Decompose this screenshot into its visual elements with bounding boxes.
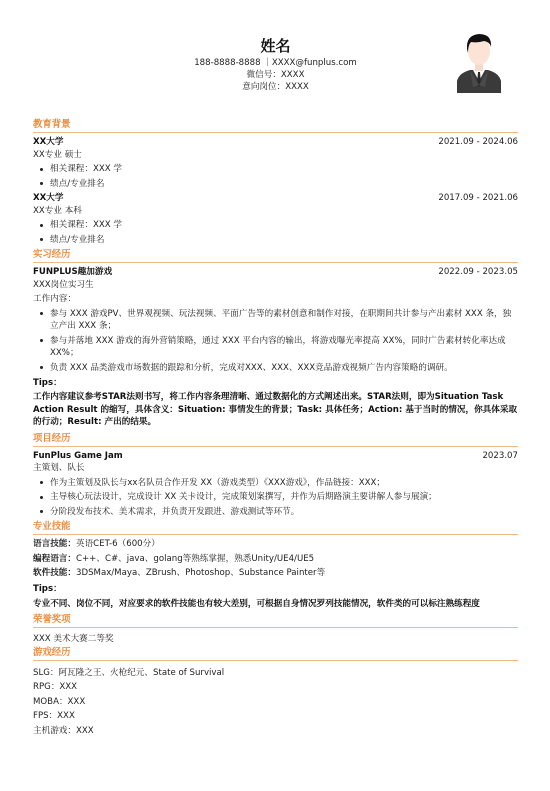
job-role: XXX岗位实习生: [33, 279, 518, 292]
project-role: 主策划、队长: [33, 462, 518, 475]
wechat-id: 微信号：XXXX: [33, 69, 518, 81]
school-name: XX大学: [33, 136, 63, 149]
school-name: XX大学: [33, 192, 63, 205]
section-title-skills: 专业技能: [33, 520, 518, 535]
resume-header: 姓名 188-8888-8888 ｜XXXX@funplus.com 微信号：X…: [33, 0, 518, 118]
dates: 2022.09 - 2023.05: [438, 266, 518, 279]
major: XX专业 硕士: [33, 149, 518, 162]
project-section: 项目经历 FunPlus Game Jam2023.07 主策划、队长 作为主策…: [33, 432, 518, 519]
section-title-education: 教育背景: [33, 118, 518, 133]
list-item: 参与 XXX 游戏PV、世界观视频、玩法视频、平面广告等的素材创意和制作对接，在…: [33, 308, 518, 333]
game-item: 主机游戏：XXX: [33, 725, 518, 738]
list-item: 绩点/专业排名: [33, 234, 518, 247]
content-label: 工作内容：: [33, 293, 518, 306]
award-item: XXX 美术大赛二等奖: [33, 633, 518, 646]
list-item: 相关课程：XXX 学: [33, 219, 518, 232]
tips-text: 工作内容建议参考STAR法则书写，将工作内容条理清晰、通过数据化的方式阐述出来。…: [33, 391, 518, 429]
candidate-name: 姓名: [33, 36, 518, 56]
dates: 2021.09 - 2024.06: [438, 136, 518, 149]
dates: 2017.09 - 2021.06: [438, 192, 518, 205]
skills-section: 专业技能 语言技能：英语CET-6（600分） 编程语言：C++、C#、java…: [33, 520, 518, 610]
section-title-awards: 荣誉奖项: [33, 613, 518, 628]
dates: 2023.07: [482, 450, 518, 463]
company-name: FUNPLUS趣加游戏: [33, 266, 112, 279]
phone-email: 188-8888-8888 ｜XXXX@funplus.com: [33, 57, 518, 69]
tips-title: Tips：: [33, 376, 518, 390]
game-item: RPG：XXX: [33, 681, 518, 694]
desired-position: 意向岗位：XXXX: [33, 81, 518, 93]
list-item: 主导核心玩法设计，完成设计 XX 关卡设计，完成策划案撰写，并作为后期路演主要讲…: [33, 491, 518, 504]
games-section: 游戏经历 SLG：阿瓦隆之王、火枪纪元、State of Survival RP…: [33, 646, 518, 738]
awards-section: 荣誉奖项 XXX 美术大赛二等奖: [33, 613, 518, 646]
internship-section: 实习经历 FUNPLUS趣加游戏2022.09 - 2023.05 XXX岗位实…: [33, 248, 518, 429]
tips-title: Tips：: [33, 582, 518, 596]
person-avatar-icon: [454, 29, 504, 93]
game-item: FPS：XXX: [33, 710, 518, 723]
list-item: 相关课程：XXX 学: [33, 163, 518, 176]
section-title-project: 项目经历: [33, 432, 518, 447]
education-section: 教育背景 XX大学2021.09 - 2024.06 XX专业 硕士 相关课程：…: [33, 118, 518, 246]
contact-info: 188-8888-8888 ｜XXXX@funplus.com 微信号：XXXX…: [33, 57, 518, 93]
education-item: XX大学2021.09 - 2024.06 XX专业 硕士 相关课程：XXX 学…: [33, 136, 518, 190]
list-item: 作为主策划及队长与xx名队员合作开发 XX（游戏类型）《XXX游戏》，作品链接：…: [33, 477, 518, 490]
section-title-games: 游戏经历: [33, 646, 518, 661]
section-title-internship: 实习经历: [33, 248, 518, 263]
list-item: 分阶段发布技术、美术需求，并负责开发跟进、游戏测试等环节。: [33, 506, 518, 519]
major: XX专业 本科: [33, 205, 518, 218]
game-item: SLG：阿瓦隆之王、火枪纪元、State of Survival: [33, 667, 518, 680]
list-item: 参与并落地 XXX 游戏的海外营销策略，通过 XXX 平台内容的输出，将游戏曝光…: [33, 335, 518, 360]
project-name: FunPlus Game Jam: [33, 450, 123, 463]
skill-item: 软件技能：3DSMax/Maya、ZBrush、Photoshop、Substa…: [33, 567, 518, 580]
skill-item: 编程语言：C++、C#、java、golang等熟练掌握，熟悉Unity/UE4…: [33, 553, 518, 566]
game-item: MOBA：XXX: [33, 696, 518, 709]
skill-item: 语言技能：英语CET-6（600分）: [33, 538, 518, 551]
education-item: XX大学2017.09 - 2021.06 XX专业 本科 相关课程：XXX 学…: [33, 192, 518, 246]
resume-page: 姓名 188-8888-8888 ｜XXXX@funplus.com 微信号：X…: [33, 0, 518, 739]
list-item: 绩点/专业排名: [33, 178, 518, 191]
tips-text: 专业不同、岗位不同，对应要求的软件技能也有较大差别，可根据自身情况罗列技能情况，…: [33, 598, 518, 611]
list-item: 负责 XXX 品类游戏市场数据的跟踪和分析，完成对XXX、XXX、XXX竞品游戏…: [33, 362, 518, 375]
